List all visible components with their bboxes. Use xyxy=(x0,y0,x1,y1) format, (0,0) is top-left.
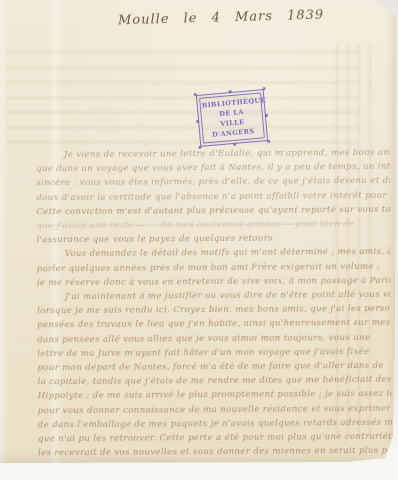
dateline-handwriting: Moulle le 4 Mars 1839 xyxy=(118,7,358,29)
letter-body: Je viens de recevoir une lettre d'Eulali… xyxy=(36,146,392,464)
letter-line: les recevrait de vos nouvelles et vous d… xyxy=(38,444,392,461)
stamp-dot xyxy=(229,90,232,93)
stamp-dot xyxy=(262,87,265,90)
stamp-dot xyxy=(194,93,197,96)
stamp-text-line: VILLE D'ANGERS xyxy=(203,116,263,141)
stamp-dot xyxy=(265,114,268,117)
stamp-dot xyxy=(196,120,199,123)
stamp-frame: BIBLIOTHÈQUE DE LA VILLE D'ANGERS xyxy=(199,92,265,143)
library-stamp: BIBLIOTHÈQUE DE LA VILLE D'ANGERS xyxy=(196,89,268,147)
letter-page: Moulle le 4 Mars 1839 BIBLIOTHÈQUE DE LA… xyxy=(0,0,398,466)
stamp-dot xyxy=(267,140,270,143)
scanned-letter: Moulle le 4 Mars 1839 BIBLIOTHÈQUE DE LA… xyxy=(0,0,398,480)
stamp-dot xyxy=(233,143,236,146)
ink-bleedthrough-top xyxy=(6,42,358,148)
